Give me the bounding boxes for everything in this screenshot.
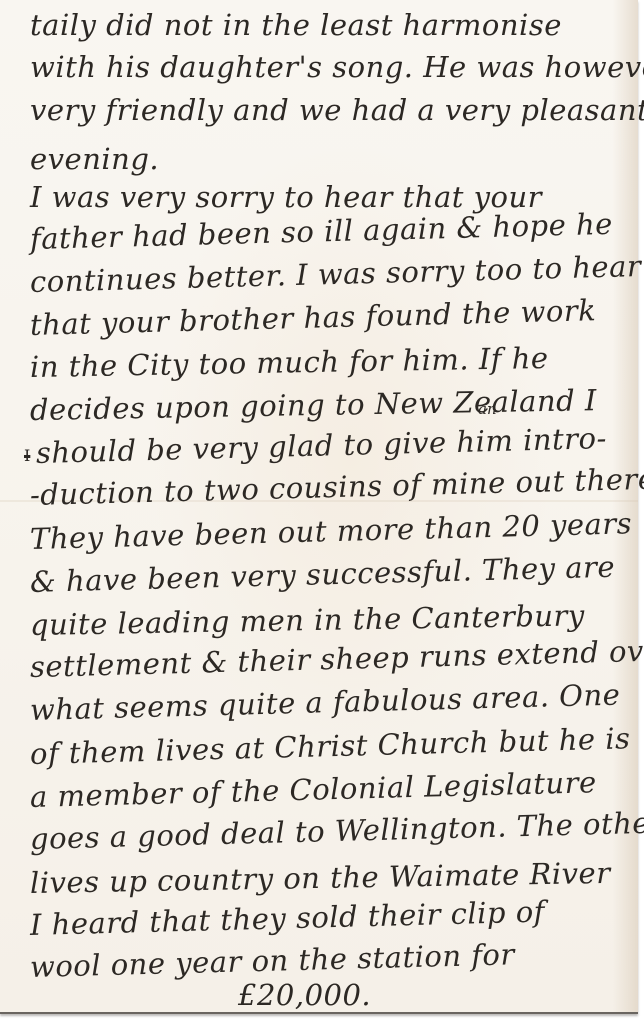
text-line: & have been very successful. They are	[30, 550, 616, 599]
text-line: lives up country on the Waimate River	[30, 856, 611, 900]
text-line: what seems quite a fabulous area. One	[30, 678, 621, 727]
inserted-word: an	[478, 400, 497, 418]
text-line: decides upon going to New Zealand I	[30, 383, 597, 427]
text-line: I heard that they sold their clip of	[30, 895, 546, 942]
text-line: of them lives at Christ Church but he is	[30, 721, 631, 771]
text-line: in the City too much for him. If he	[30, 341, 549, 384]
text-line: a member of the Colonial Legislature	[30, 765, 597, 814]
text-line: I was very sorry to hear that your	[30, 180, 542, 214]
struck-out-word: I	[24, 446, 30, 465]
text-line: evening.	[30, 142, 159, 176]
text-line: with his daughter's song. He was however	[30, 50, 644, 84]
text-line: continues better. I was sorry too to hea…	[30, 249, 642, 299]
text-line: -duction to two cousins of mine out ther…	[30, 461, 644, 512]
text-line: father had been so ill again & hope he	[30, 207, 614, 256]
text-line: goes a good deal to Wellington. The othe…	[30, 805, 644, 856]
text-line: settlement & their sheep runs extend ove…	[30, 633, 644, 684]
text-line: taily did not in the least harmonise	[30, 8, 562, 42]
text-line: should be very glad to give him intro-	[36, 421, 608, 470]
text-line: They have been out more than 20 years	[30, 506, 633, 556]
letter-page: taily did not in the least harmonise wit…	[0, 0, 638, 1014]
text-line-amount: £20,000.	[238, 978, 371, 1012]
text-line: that your brother has found the work	[30, 293, 597, 342]
text-line: wool one year on the station for	[30, 937, 516, 984]
text-line: very friendly and we had a very pleasant	[30, 93, 644, 127]
text-line: quite leading men in the Canterbury	[30, 598, 585, 642]
